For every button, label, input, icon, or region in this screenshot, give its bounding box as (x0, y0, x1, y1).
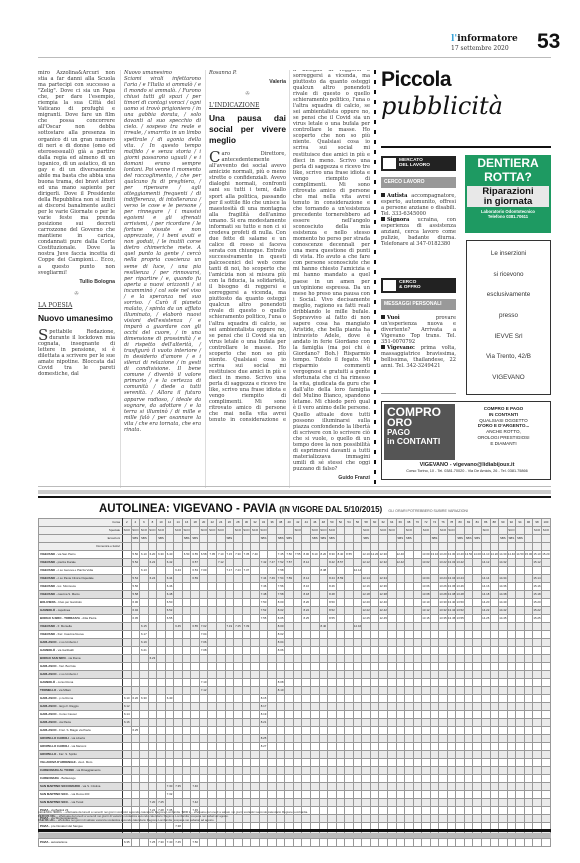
time-cell: 15.16 (533, 583, 542, 591)
time-cell (319, 839, 328, 847)
time-cell (285, 599, 294, 607)
header-cell: SCO (234, 527, 243, 535)
header-cell: 62 (379, 519, 388, 527)
time-cell (208, 655, 217, 663)
time-cell: 6.52 (165, 607, 174, 615)
classified-ad: Autista accompagnatore, esperto, automun… (381, 193, 456, 217)
time-cell (199, 703, 208, 711)
time-cell (157, 783, 166, 791)
time-cell (370, 711, 379, 719)
header-cell: 70 (413, 519, 422, 527)
time-cell (251, 591, 260, 599)
time-cell (516, 799, 525, 807)
time-cell (157, 663, 166, 671)
classifieds-subtitle: pubblicità (381, 92, 503, 120)
time-cell (370, 687, 379, 695)
time-cell (285, 639, 294, 647)
time-cell (302, 839, 311, 847)
time-cell (140, 591, 149, 599)
header-cell: SBS (191, 535, 200, 543)
time-cell (447, 567, 456, 575)
time-cell (541, 647, 550, 655)
time-cell (405, 727, 414, 735)
time-cell (131, 735, 140, 743)
time-cell (242, 559, 251, 567)
time-cell (430, 567, 439, 575)
time-cell (302, 783, 311, 791)
time-cell (533, 663, 542, 671)
time-cell (140, 687, 149, 695)
time-cell (319, 671, 328, 679)
time-cell (336, 751, 345, 759)
time-cell (405, 679, 414, 687)
time-cell (533, 671, 542, 679)
time-cell (319, 703, 328, 711)
time-cell (490, 799, 499, 807)
time-cell (268, 551, 277, 559)
time-cell (405, 751, 414, 759)
table-row: GARLASCO - c.so Umberto I (39, 671, 551, 679)
footer-band (38, 833, 551, 838)
time-cell (507, 751, 516, 759)
time-cell (148, 767, 157, 775)
footer-rule (38, 829, 551, 832)
section-rule (381, 393, 456, 394)
time-cell (311, 599, 320, 607)
time-cell (319, 799, 328, 807)
time-cell (311, 591, 320, 599)
time-cell (285, 647, 294, 655)
time-cell (336, 727, 345, 735)
time-cell (328, 751, 337, 759)
time-cell (293, 703, 302, 711)
time-cell (370, 799, 379, 807)
stop-name: VIGEVANO - c.so Genova e Piazza Volta (39, 567, 123, 575)
time-cell (447, 783, 456, 791)
time-cell (319, 599, 328, 607)
time-cell (345, 591, 354, 599)
time-cell (481, 631, 490, 639)
time-cell (182, 599, 191, 607)
time-cell (268, 695, 277, 703)
time-cell (251, 623, 260, 631)
time-cell (328, 663, 337, 671)
time-cell (422, 783, 431, 791)
time-cell: 6.43 (174, 567, 183, 575)
header-cell (370, 527, 379, 535)
time-cell (174, 559, 183, 567)
time-cell (208, 687, 217, 695)
time-cell (174, 551, 183, 559)
time-cell: 13.50 (464, 551, 473, 559)
time-cell (387, 735, 396, 743)
time-cell (413, 687, 422, 695)
header-cell: SBS (140, 535, 149, 543)
time-cell (336, 687, 345, 695)
divider-ornament-icon: ✇ (209, 91, 286, 97)
time-cell (259, 727, 268, 735)
time-cell (464, 663, 473, 671)
header-cell: SBS (507, 535, 516, 543)
time-cell (507, 599, 516, 607)
time-cell (319, 743, 328, 751)
header-cell (362, 543, 371, 551)
time-cell: 7.52 (276, 559, 285, 567)
time-cell (473, 759, 482, 767)
time-cell (302, 703, 311, 711)
top-rule (38, 57, 551, 58)
time-cell (259, 639, 268, 647)
time-cell (422, 631, 431, 639)
time-cell (345, 567, 354, 575)
time-cell (473, 647, 482, 655)
time-cell (336, 671, 345, 679)
time-cell (439, 687, 448, 695)
time-cell (533, 631, 542, 639)
time-cell (336, 583, 345, 591)
time-cell (199, 655, 208, 663)
time-cell (379, 695, 388, 703)
time-cell (507, 663, 516, 671)
time-cell (396, 783, 405, 791)
time-cell (199, 711, 208, 719)
time-cell (473, 703, 482, 711)
time-cell (439, 631, 448, 639)
time-cell (165, 711, 174, 719)
time-cell (217, 631, 226, 639)
time-cell (405, 735, 414, 743)
time-cell (251, 703, 260, 711)
time-cell (276, 743, 285, 751)
time-cell (234, 607, 243, 615)
time-cell (285, 735, 294, 743)
header-cell: 72 (422, 519, 431, 527)
time-cell (516, 687, 525, 695)
time-cell (353, 767, 362, 775)
time-cell (182, 591, 191, 599)
time-cell (541, 671, 550, 679)
stop-name: SAN MARTINO SICC. - via Roma 200 (39, 791, 123, 799)
time-cell (345, 775, 354, 783)
header-cell (302, 535, 311, 543)
time-cell (148, 591, 157, 599)
time-cell: 8.48 (328, 591, 337, 599)
time-cell (268, 615, 277, 623)
time-cell (345, 631, 354, 639)
header-cell (174, 543, 183, 551)
header-cell (268, 535, 277, 543)
time-cell (524, 751, 533, 759)
classified-ad: Vuoi provare un'esperienza nuova e diver… (381, 315, 456, 345)
time-cell (199, 583, 208, 591)
header-cell (524, 543, 533, 551)
time-cell (541, 559, 550, 567)
time-cell: 8.10 (276, 687, 285, 695)
time-cell (302, 679, 311, 687)
time-cell (405, 615, 414, 623)
time-cell (490, 775, 499, 783)
time-cell: 13.26 (439, 583, 448, 591)
time-cell (430, 799, 439, 807)
table-row: CARBONARA - Bellavesge (39, 775, 551, 783)
time-cell: 15.22 (533, 607, 542, 615)
time-cell (524, 655, 533, 663)
header-cell: 18 (191, 519, 200, 527)
article-body: Spettabile Redazione, durante il lockdow… (38, 329, 115, 377)
time-cell (336, 735, 345, 743)
time-cell (302, 695, 311, 703)
time-cell (234, 639, 243, 647)
time-cell (217, 575, 226, 583)
time-cell (311, 751, 320, 759)
time-cell (413, 743, 422, 751)
time-cell (311, 583, 320, 591)
time-cell (251, 655, 260, 663)
time-cell (268, 607, 277, 615)
time-cell: 14.18 (481, 591, 490, 599)
time-cell (387, 567, 396, 575)
time-cell (456, 631, 465, 639)
header-cell (490, 543, 499, 551)
time-cell (165, 727, 174, 735)
time-cell (413, 655, 422, 663)
time-cell (199, 615, 208, 623)
time-cell (490, 639, 499, 647)
header-cell (268, 527, 277, 535)
time-cell (490, 575, 499, 583)
time-cell (447, 751, 456, 759)
time-cell (447, 663, 456, 671)
time-cell (464, 791, 473, 799)
time-cell (140, 703, 149, 711)
time-cell (234, 575, 243, 583)
header-cell: SBS (362, 535, 371, 543)
header-cell (353, 535, 362, 543)
time-cell (131, 711, 140, 719)
table-row: VIGEVANO - c.so Pavia Clinica Ospedale5.… (39, 575, 551, 583)
time-cell (148, 671, 157, 679)
time-cell (208, 631, 217, 639)
time-cell (439, 703, 448, 711)
header-cell (387, 535, 396, 543)
time-cell (208, 607, 217, 615)
time-cell (217, 671, 226, 679)
time-cell (481, 799, 490, 807)
time-cell (217, 607, 226, 615)
time-cell (533, 639, 542, 647)
time-cell (396, 599, 405, 607)
time-cell (422, 751, 431, 759)
time-cell (370, 583, 379, 591)
time-cell (251, 775, 260, 783)
time-cell (524, 695, 533, 703)
time-cell (157, 775, 166, 783)
time-cell (490, 727, 499, 735)
time-cell: 13.06 (422, 583, 431, 591)
time-cell (362, 751, 371, 759)
stop-name: GROPELLO CAIROLI - via Marconi (39, 743, 123, 751)
time-cell (473, 679, 482, 687)
time-cell (217, 583, 226, 591)
time-cell (405, 767, 414, 775)
time-cell (165, 671, 174, 679)
time-cell (199, 791, 208, 799)
time-cell: 7.02 (199, 623, 208, 631)
time-cell (242, 783, 251, 791)
time-cell (499, 679, 508, 687)
time-cell (405, 663, 414, 671)
time-cell (422, 839, 431, 847)
header-cell: SCO (131, 527, 140, 535)
time-cell (336, 647, 345, 655)
time-cell (362, 799, 371, 807)
time-cell (405, 695, 414, 703)
time-cell (379, 679, 388, 687)
header-cell (217, 543, 226, 551)
time-cell (157, 695, 166, 703)
time-cell (336, 679, 345, 687)
time-cell (191, 639, 200, 647)
time-cell (473, 639, 482, 647)
time-cell (123, 663, 132, 671)
time-cell (268, 839, 277, 847)
time-cell (311, 647, 320, 655)
bus-timetable: Corsa24681012141618202224262830323436384… (38, 518, 551, 847)
time-cell (430, 671, 439, 679)
table-row: GAMBOLÒ - capolinea6.026.527.528.028.228… (39, 607, 551, 615)
time-cell (131, 775, 140, 783)
stop-name: GARLASCO - Corso Cavour (39, 711, 123, 719)
time-cell (319, 663, 328, 671)
time-cell (387, 703, 396, 711)
time-cell (148, 567, 157, 575)
header-cell: SBS (285, 535, 294, 543)
time-cell (345, 751, 354, 759)
time-cell (234, 655, 243, 663)
time-cell: 6.23 (148, 655, 157, 663)
time-cell (242, 591, 251, 599)
timetable-title: AUTOLINEA: VIGEVANO - PAVIA (IN VIGORE D… (99, 503, 468, 515)
time-cell (353, 591, 362, 599)
time-cell (268, 751, 277, 759)
section-separator (38, 486, 551, 487)
time-cell (234, 791, 243, 799)
time-cell (533, 759, 542, 767)
time-cell: 13.10 (430, 551, 439, 559)
time-cell (387, 615, 396, 623)
time-cell (430, 591, 439, 599)
time-cell (405, 775, 414, 783)
time-cell (174, 687, 183, 695)
time-cell (405, 743, 414, 751)
time-cell (379, 775, 388, 783)
time-cell (302, 775, 311, 783)
time-cell (293, 679, 302, 687)
header-cell: SBS (516, 535, 525, 543)
header-cell (328, 543, 337, 551)
time-cell (302, 687, 311, 695)
time-cell (379, 655, 388, 663)
time-cell (481, 775, 490, 783)
time-cell (148, 775, 157, 783)
time-cell (165, 743, 174, 751)
time-cell (345, 655, 354, 663)
time-cell (430, 663, 439, 671)
time-cell (379, 791, 388, 799)
time-cell (285, 751, 294, 759)
time-cell (422, 759, 431, 767)
time-cell (524, 839, 533, 847)
time-cell (302, 631, 311, 639)
header-cell (140, 543, 149, 551)
time-cell (182, 775, 191, 783)
time-cell: 7.05 (208, 551, 217, 559)
time-cell: 8.08 (276, 679, 285, 687)
time-cell (293, 711, 302, 719)
stop-name: GARLASCO - fraz. Bozzole (39, 663, 123, 671)
time-cell (481, 639, 490, 647)
time-cell (319, 679, 328, 687)
time-cell (251, 719, 260, 727)
stop-name: BORGO S.SIRO - TORRAZZA - ditta Pietra (39, 615, 123, 623)
header-cell (199, 543, 208, 551)
time-cell (447, 671, 456, 679)
time-cell (157, 751, 166, 759)
time-cell (285, 655, 294, 663)
time-cell: 7.40 (165, 839, 174, 847)
stop-name: VILLANOVA D'ARDENGHI - via A. Moro (39, 759, 123, 767)
time-cell (370, 775, 379, 783)
time-cell (174, 663, 183, 671)
time-cell (396, 671, 405, 679)
time-cell (328, 719, 337, 727)
header-cell (225, 543, 234, 551)
time-cell (490, 759, 499, 767)
header-cell (439, 535, 448, 543)
header-cell: SBS (464, 535, 473, 543)
timetable-header-row: SpecialeSCOSCOSCOSCOSCOSCOSCOSCOSCOSCOSC… (39, 527, 551, 535)
time-cell (533, 687, 542, 695)
time-cell (473, 575, 482, 583)
time-cell: 7.40 (251, 551, 260, 559)
time-cell (268, 599, 277, 607)
time-cell: 13.32 (447, 559, 456, 567)
time-cell (370, 559, 379, 567)
time-cell (533, 719, 542, 727)
time-cell (123, 559, 132, 567)
time-cell (370, 759, 379, 767)
time-cell: 15.00 (524, 551, 533, 559)
time-cell (396, 615, 405, 623)
time-cell (242, 607, 251, 615)
time-cell (165, 751, 174, 759)
time-cell (208, 839, 217, 847)
time-cell (242, 671, 251, 679)
time-cell (293, 799, 302, 807)
time-cell (336, 743, 345, 751)
time-cell (413, 775, 422, 783)
header-cell: SCO (447, 527, 456, 535)
header-cell (131, 543, 140, 551)
time-cell (311, 775, 320, 783)
compro-oro-ad: COMPRO ORO PAGO in CONTANTI COMPRO E PAG… (381, 401, 551, 480)
column-divider (120, 70, 121, 488)
time-cell (140, 559, 149, 567)
time-cell (507, 775, 516, 783)
time-cell (234, 583, 243, 591)
header-cell (541, 535, 550, 543)
time-cell (464, 735, 473, 743)
